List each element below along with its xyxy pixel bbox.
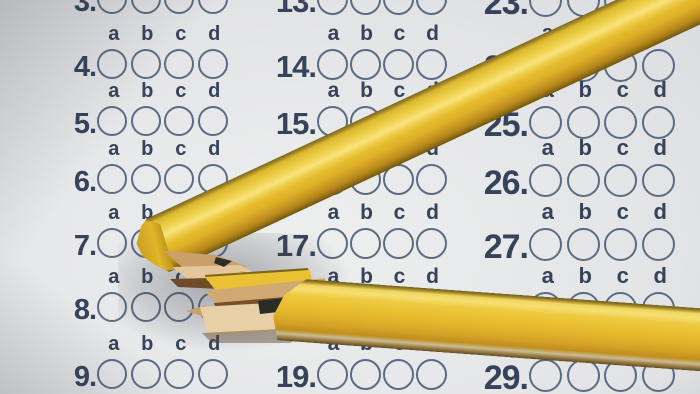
- option-letter: b: [350, 202, 383, 223]
- option-labels-row: abcd: [529, 264, 679, 292]
- question-number: 13.: [259, 0, 317, 17]
- answer-bubble: [317, 359, 348, 390]
- question-block: abcd6.: [45, 136, 231, 194]
- answer-bubble: [416, 49, 447, 80]
- option-letter: d: [416, 23, 449, 44]
- answer-bubble: [642, 164, 675, 197]
- answer-bubble: [97, 164, 127, 194]
- answer-bubble: [529, 164, 562, 197]
- answer-bubble: [604, 164, 637, 197]
- option-labels-row: abcd: [317, 21, 449, 49]
- option-letter: d: [198, 81, 232, 101]
- question-number: 6.: [45, 169, 97, 196]
- answer-bubble: [383, 0, 414, 15]
- answer-bubble: [567, 164, 600, 197]
- option-letter: b: [567, 137, 605, 159]
- answer-bubble: [350, 49, 381, 80]
- question-number: 5.: [45, 111, 97, 138]
- answer-bubble: [604, 228, 637, 261]
- option-letter: d: [416, 266, 449, 287]
- option-labels-row: abcd: [97, 136, 231, 164]
- answer-bubble: [350, 0, 381, 15]
- question-number: 23.: [467, 0, 529, 19]
- option-letter: b: [131, 139, 165, 159]
- option-letter: d: [198, 24, 232, 44]
- answer-bubble: [567, 228, 600, 261]
- option-letter: d: [642, 201, 680, 223]
- option-letter: a: [529, 265, 567, 287]
- answer-bubble: [131, 106, 161, 136]
- answer-bubble: [164, 359, 194, 389]
- question-block: abcd4.: [45, 21, 231, 79]
- option-letter: c: [164, 139, 198, 159]
- question-number: 8.: [45, 297, 97, 324]
- option-letter: c: [604, 137, 642, 159]
- question-number: 15.: [259, 110, 317, 139]
- answer-bubble: [383, 228, 414, 259]
- option-letter: a: [97, 81, 131, 101]
- option-letter: b: [350, 80, 383, 101]
- question-block: abcd5.: [45, 78, 231, 136]
- question-number: 7.: [45, 233, 97, 260]
- option-letter: c: [383, 23, 416, 44]
- question-block: abcd3.: [45, 0, 231, 14]
- option-letter: c: [383, 266, 416, 287]
- option-letter: c: [383, 202, 416, 223]
- option-letter: b: [567, 201, 605, 223]
- answer-bubble: [198, 359, 228, 389]
- option-letter: b: [131, 24, 165, 44]
- question-number: 3.: [45, 0, 97, 16]
- answer-bubble: [567, 359, 600, 392]
- option-letter: c: [164, 24, 198, 44]
- answer-bubble: [97, 0, 127, 14]
- answer-bubble: [131, 359, 161, 389]
- answer-bubble: [350, 228, 381, 259]
- option-letter: a: [317, 23, 350, 44]
- answer-bubble: [416, 228, 447, 259]
- answer-bubble: [131, 164, 161, 194]
- answer-bubble: [383, 359, 414, 390]
- answer-bubble: [529, 359, 562, 392]
- question-number: 9.: [45, 364, 97, 391]
- answer-bubble: [416, 164, 447, 195]
- answer-bubble: [198, 49, 228, 79]
- option-letter: d: [642, 265, 680, 287]
- answer-bubble: [416, 359, 447, 390]
- answer-bubble: [164, 106, 194, 136]
- question-block: abcd13.: [259, 0, 449, 15]
- option-letter: a: [97, 24, 131, 44]
- answer-bubble: [97, 106, 127, 136]
- option-letter: c: [604, 201, 642, 223]
- answer-bubble: [383, 49, 414, 80]
- option-letter: a: [317, 80, 350, 101]
- option-letter: d: [642, 79, 680, 101]
- question-block: abcd26.: [467, 136, 679, 197]
- answer-bubble: [317, 0, 348, 15]
- question-block: abcd27.: [467, 200, 679, 261]
- answer-bubble: [317, 49, 348, 80]
- answer-bubble: [198, 106, 228, 136]
- question-number: 27.: [467, 232, 529, 263]
- option-letter: d: [416, 202, 449, 223]
- answer-bubble: [164, 49, 194, 79]
- option-labels-row: abcd: [97, 78, 231, 106]
- option-letter: d: [642, 137, 680, 159]
- option-letter: a: [529, 137, 567, 159]
- option-letter: b: [567, 265, 605, 287]
- option-labels-row: abcd: [97, 21, 231, 49]
- answer-bubble: [97, 49, 127, 79]
- answer-bubble: [131, 49, 161, 79]
- answer-sheet-photo: abcd3.abcd4.abcd5.abcd6.abcd7.abcd8.abcd…: [0, 0, 700, 394]
- question-number: 4.: [45, 54, 97, 81]
- option-letter: c: [604, 265, 642, 287]
- question-number: 29.: [467, 363, 529, 394]
- option-letter: b: [131, 81, 165, 101]
- option-labels-row: abcd: [529, 136, 679, 164]
- option-letter: a: [97, 139, 131, 159]
- answer-bubble: [529, 228, 562, 261]
- answer-bubble: [529, 0, 562, 17]
- answer-bubble: [350, 359, 381, 390]
- question-number: 19.: [259, 363, 317, 392]
- answer-bubble: [97, 359, 127, 389]
- answer-bubble: [416, 0, 447, 15]
- option-letter: d: [198, 139, 232, 159]
- option-labels-row: abcd: [529, 200, 679, 228]
- answer-bubble: [164, 164, 194, 194]
- answer-bubble: [642, 228, 675, 261]
- option-letter: b: [350, 23, 383, 44]
- answer-bubble: [164, 0, 194, 14]
- option-letter: c: [164, 81, 198, 101]
- question-block: abcd14.: [259, 21, 449, 80]
- option-letter: a: [529, 201, 567, 223]
- answer-bubble: [198, 0, 228, 14]
- question-number: 26.: [467, 168, 529, 199]
- answer-bubble: [131, 0, 161, 14]
- option-letter: c: [604, 79, 642, 101]
